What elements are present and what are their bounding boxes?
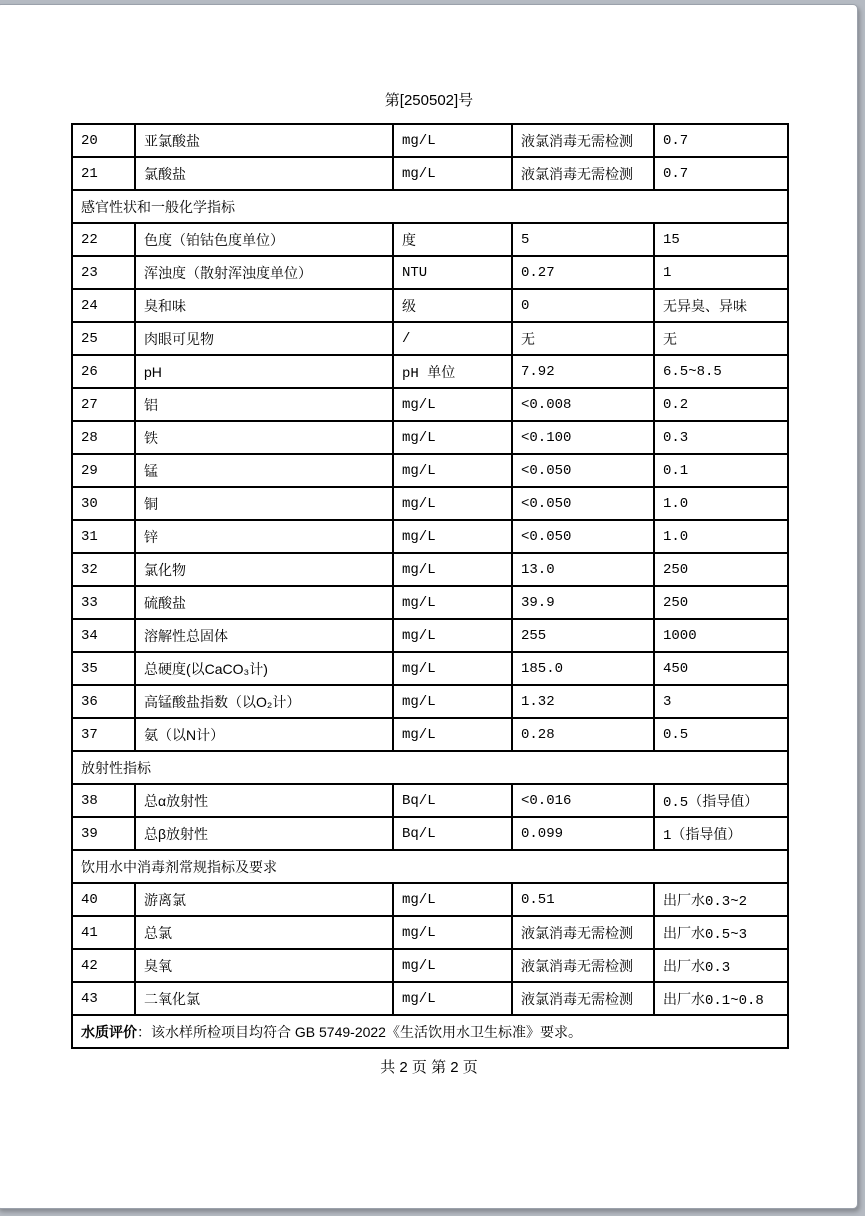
- cell-item: 锌: [135, 520, 393, 553]
- cell-unit: mg/L: [393, 124, 512, 157]
- table-row: 33硫酸盐mg/L39.9250: [72, 586, 788, 619]
- table-row: 35总硬度(以CaCO₃计)mg/L185.0450: [72, 652, 788, 685]
- cell-unit: mg/L: [393, 157, 512, 190]
- cell-unit: mg/L: [393, 718, 512, 751]
- cell-no: 21: [72, 157, 135, 190]
- cell-no: 39: [72, 817, 135, 850]
- table-row: 37氨（以N计）mg/L0.280.5: [72, 718, 788, 751]
- cell-item: 臭和味: [135, 289, 393, 322]
- results-table: 20亚氯酸盐mg/L液氯消毒无需检测0.721氯酸盐mg/L液氯消毒无需检测0.…: [71, 123, 789, 1049]
- cell-result: <0.050: [512, 487, 654, 520]
- cell-unit: mg/L: [393, 586, 512, 619]
- table-row: 40游离氯mg/L0.51出厂水0.3~2: [72, 883, 788, 916]
- cell-limit: 250: [654, 586, 788, 619]
- cell-result: <0.008: [512, 388, 654, 421]
- cell-unit: mg/L: [393, 487, 512, 520]
- table-row: 43二氧化氯mg/L液氯消毒无需检测出厂水0.1~0.8: [72, 982, 788, 1015]
- results-table-body: 20亚氯酸盐mg/L液氯消毒无需检测0.721氯酸盐mg/L液氯消毒无需检测0.…: [72, 124, 788, 1015]
- cell-unit: mg/L: [393, 553, 512, 586]
- cell-item: pH: [135, 355, 393, 388]
- cell-unit: mg/L: [393, 421, 512, 454]
- cell-unit: 级: [393, 289, 512, 322]
- cell-result: 5: [512, 223, 654, 256]
- evaluation-label: 水质评价: [81, 1024, 137, 1040]
- table-row: 30铜mg/L<0.0501.0: [72, 487, 788, 520]
- cell-unit: mg/L: [393, 685, 512, 718]
- cell-item: 铁: [135, 421, 393, 454]
- cell-unit: mg/L: [393, 916, 512, 949]
- cell-limit: 0.3: [654, 421, 788, 454]
- cell-limit: 出厂水0.5~3: [654, 916, 788, 949]
- cell-item: 高锰酸盐指数（以O₂计）: [135, 685, 393, 718]
- cell-no: 20: [72, 124, 135, 157]
- cell-item: 色度（铂钴色度单位）: [135, 223, 393, 256]
- cell-limit: 6.5~8.5: [654, 355, 788, 388]
- cell-item: 臭氧: [135, 949, 393, 982]
- cell-no: 33: [72, 586, 135, 619]
- cell-no: 30: [72, 487, 135, 520]
- report-page: 第[250502]号 20亚氯酸盐mg/L液氯消毒无需检测0.721氯酸盐mg/…: [0, 4, 858, 1209]
- section-row: 饮用水中消毒剂常规指标及要求: [72, 850, 788, 883]
- section-label: 感官性状和一般化学指标: [72, 190, 788, 223]
- evaluation-text: ：该水样所检项目均符合 GB 5749-2022《生活饮用水卫生标准》要求。: [137, 1024, 582, 1040]
- cell-item: 氯化物: [135, 553, 393, 586]
- cell-unit: 度: [393, 223, 512, 256]
- page-content: 第[250502]号 20亚氯酸盐mg/L液氯消毒无需检测0.721氯酸盐mg/…: [71, 5, 787, 1077]
- cell-limit: 出厂水0.3: [654, 949, 788, 982]
- table-row: 34溶解性总固体mg/L2551000: [72, 619, 788, 652]
- cell-unit: NTU: [393, 256, 512, 289]
- cell-no: 27: [72, 388, 135, 421]
- cell-limit: 15: [654, 223, 788, 256]
- section-label: 放射性指标: [72, 751, 788, 784]
- table-row: 36高锰酸盐指数（以O₂计）mg/L1.323: [72, 685, 788, 718]
- table-row: 29锰mg/L<0.0500.1: [72, 454, 788, 487]
- cell-item: 二氧化氯: [135, 982, 393, 1015]
- table-row: 42臭氧mg/L液氯消毒无需检测出厂水0.3: [72, 949, 788, 982]
- cell-no: 36: [72, 685, 135, 718]
- cell-result: 液氯消毒无需检测: [512, 157, 654, 190]
- cell-result: <0.016: [512, 784, 654, 817]
- table-row: 32氯化物mg/L13.0250: [72, 553, 788, 586]
- cell-no: 23: [72, 256, 135, 289]
- evaluation-row-body: 水质评价：该水样所检项目均符合 GB 5749-2022《生活饮用水卫生标准》要…: [72, 1015, 788, 1048]
- cell-result: 255: [512, 619, 654, 652]
- cell-result: 0.51: [512, 883, 654, 916]
- evaluation-row: 水质评价：该水样所检项目均符合 GB 5749-2022《生活饮用水卫生标准》要…: [72, 1015, 788, 1048]
- cell-unit: mg/L: [393, 949, 512, 982]
- cell-item: 总β放射性: [135, 817, 393, 850]
- cell-item: 铜: [135, 487, 393, 520]
- document-number: 第[250502]号: [71, 91, 787, 111]
- cell-item: 总硬度(以CaCO₃计): [135, 652, 393, 685]
- cell-result: 0.28: [512, 718, 654, 751]
- cell-no: 26: [72, 355, 135, 388]
- cell-unit: mg/L: [393, 982, 512, 1015]
- table-row: 24臭和味级0无异臭、异味: [72, 289, 788, 322]
- cell-result: 0.099: [512, 817, 654, 850]
- cell-limit: 450: [654, 652, 788, 685]
- table-row: 26pHpH 单位7.926.5~8.5: [72, 355, 788, 388]
- table-row: 27铝mg/L<0.0080.2: [72, 388, 788, 421]
- section-row: 放射性指标: [72, 751, 788, 784]
- page-indicator: 共 2 页 第 2 页: [71, 1056, 787, 1077]
- table-row: 39总β放射性Bq/L0.0991（指导值）: [72, 817, 788, 850]
- cell-limit: 0.2: [654, 388, 788, 421]
- cell-unit: mg/L: [393, 388, 512, 421]
- cell-unit: mg/L: [393, 883, 512, 916]
- cell-unit: Bq/L: [393, 784, 512, 817]
- cell-unit: pH 单位: [393, 355, 512, 388]
- cell-no: 40: [72, 883, 135, 916]
- cell-unit: mg/L: [393, 520, 512, 553]
- cell-limit: 无: [654, 322, 788, 355]
- cell-no: 38: [72, 784, 135, 817]
- cell-no: 31: [72, 520, 135, 553]
- cell-result: 0.27: [512, 256, 654, 289]
- cell-result: 39.9: [512, 586, 654, 619]
- cell-limit: 1.0: [654, 520, 788, 553]
- cell-result: 7.92: [512, 355, 654, 388]
- cell-item: 锰: [135, 454, 393, 487]
- cell-limit: 0.7: [654, 124, 788, 157]
- evaluation-cell: 水质评价：该水样所检项目均符合 GB 5749-2022《生活饮用水卫生标准》要…: [72, 1015, 788, 1048]
- cell-unit: mg/L: [393, 619, 512, 652]
- cell-item: 铝: [135, 388, 393, 421]
- cell-item: 氨（以N计）: [135, 718, 393, 751]
- cell-limit: 0.5（指导值）: [654, 784, 788, 817]
- table-row: 28铁mg/L<0.1000.3: [72, 421, 788, 454]
- cell-result: <0.050: [512, 454, 654, 487]
- table-row: 22色度（铂钴色度单位）度515: [72, 223, 788, 256]
- cell-limit: 0.1: [654, 454, 788, 487]
- cell-no: 34: [72, 619, 135, 652]
- cell-result: 185.0: [512, 652, 654, 685]
- cell-limit: 无异臭、异味: [654, 289, 788, 322]
- table-row: 38总α放射性Bq/L<0.0160.5（指导值）: [72, 784, 788, 817]
- cell-limit: 1000: [654, 619, 788, 652]
- cell-unit: mg/L: [393, 454, 512, 487]
- table-row: 20亚氯酸盐mg/L液氯消毒无需检测0.7: [72, 124, 788, 157]
- cell-result: 液氯消毒无需检测: [512, 949, 654, 982]
- cell-no: 25: [72, 322, 135, 355]
- cell-limit: 0.5: [654, 718, 788, 751]
- cell-item: 总α放射性: [135, 784, 393, 817]
- cell-no: 37: [72, 718, 135, 751]
- cell-item: 浑浊度（散射浑浊度单位）: [135, 256, 393, 289]
- cell-item: 肉眼可见物: [135, 322, 393, 355]
- cell-limit: 1: [654, 256, 788, 289]
- cell-no: 29: [72, 454, 135, 487]
- cell-no: 28: [72, 421, 135, 454]
- cell-item: 氯酸盐: [135, 157, 393, 190]
- cell-limit: 3: [654, 685, 788, 718]
- cell-unit: Bq/L: [393, 817, 512, 850]
- cell-limit: 1（指导值）: [654, 817, 788, 850]
- cell-item: 亚氯酸盐: [135, 124, 393, 157]
- cell-result: 液氯消毒无需检测: [512, 916, 654, 949]
- cell-no: 24: [72, 289, 135, 322]
- cell-item: 硫酸盐: [135, 586, 393, 619]
- cell-item: 溶解性总固体: [135, 619, 393, 652]
- cell-unit: /: [393, 322, 512, 355]
- cell-no: 42: [72, 949, 135, 982]
- cell-no: 32: [72, 553, 135, 586]
- cell-no: 41: [72, 916, 135, 949]
- cell-limit: 出厂水0.1~0.8: [654, 982, 788, 1015]
- cell-no: 35: [72, 652, 135, 685]
- cell-result: <0.100: [512, 421, 654, 454]
- cell-unit: mg/L: [393, 652, 512, 685]
- cell-result: 液氯消毒无需检测: [512, 982, 654, 1015]
- table-row: 23浑浊度（散射浑浊度单位）NTU0.271: [72, 256, 788, 289]
- cell-limit: 0.7: [654, 157, 788, 190]
- cell-result: 无: [512, 322, 654, 355]
- cell-result: 液氯消毒无需检测: [512, 124, 654, 157]
- cell-no: 22: [72, 223, 135, 256]
- cell-limit: 250: [654, 553, 788, 586]
- table-row: 31锌mg/L<0.0501.0: [72, 520, 788, 553]
- cell-result: 13.0: [512, 553, 654, 586]
- section-row: 感官性状和一般化学指标: [72, 190, 788, 223]
- cell-limit: 1.0: [654, 487, 788, 520]
- section-label: 饮用水中消毒剂常规指标及要求: [72, 850, 788, 883]
- cell-result: 1.32: [512, 685, 654, 718]
- cell-item: 游离氯: [135, 883, 393, 916]
- cell-limit: 出厂水0.3~2: [654, 883, 788, 916]
- cell-item: 总氯: [135, 916, 393, 949]
- table-row: 41总氯mg/L液氯消毒无需检测出厂水0.5~3: [72, 916, 788, 949]
- cell-no: 43: [72, 982, 135, 1015]
- table-row: 25肉眼可见物/无无: [72, 322, 788, 355]
- cell-result: <0.050: [512, 520, 654, 553]
- table-row: 21氯酸盐mg/L液氯消毒无需检测0.7: [72, 157, 788, 190]
- cell-result: 0: [512, 289, 654, 322]
